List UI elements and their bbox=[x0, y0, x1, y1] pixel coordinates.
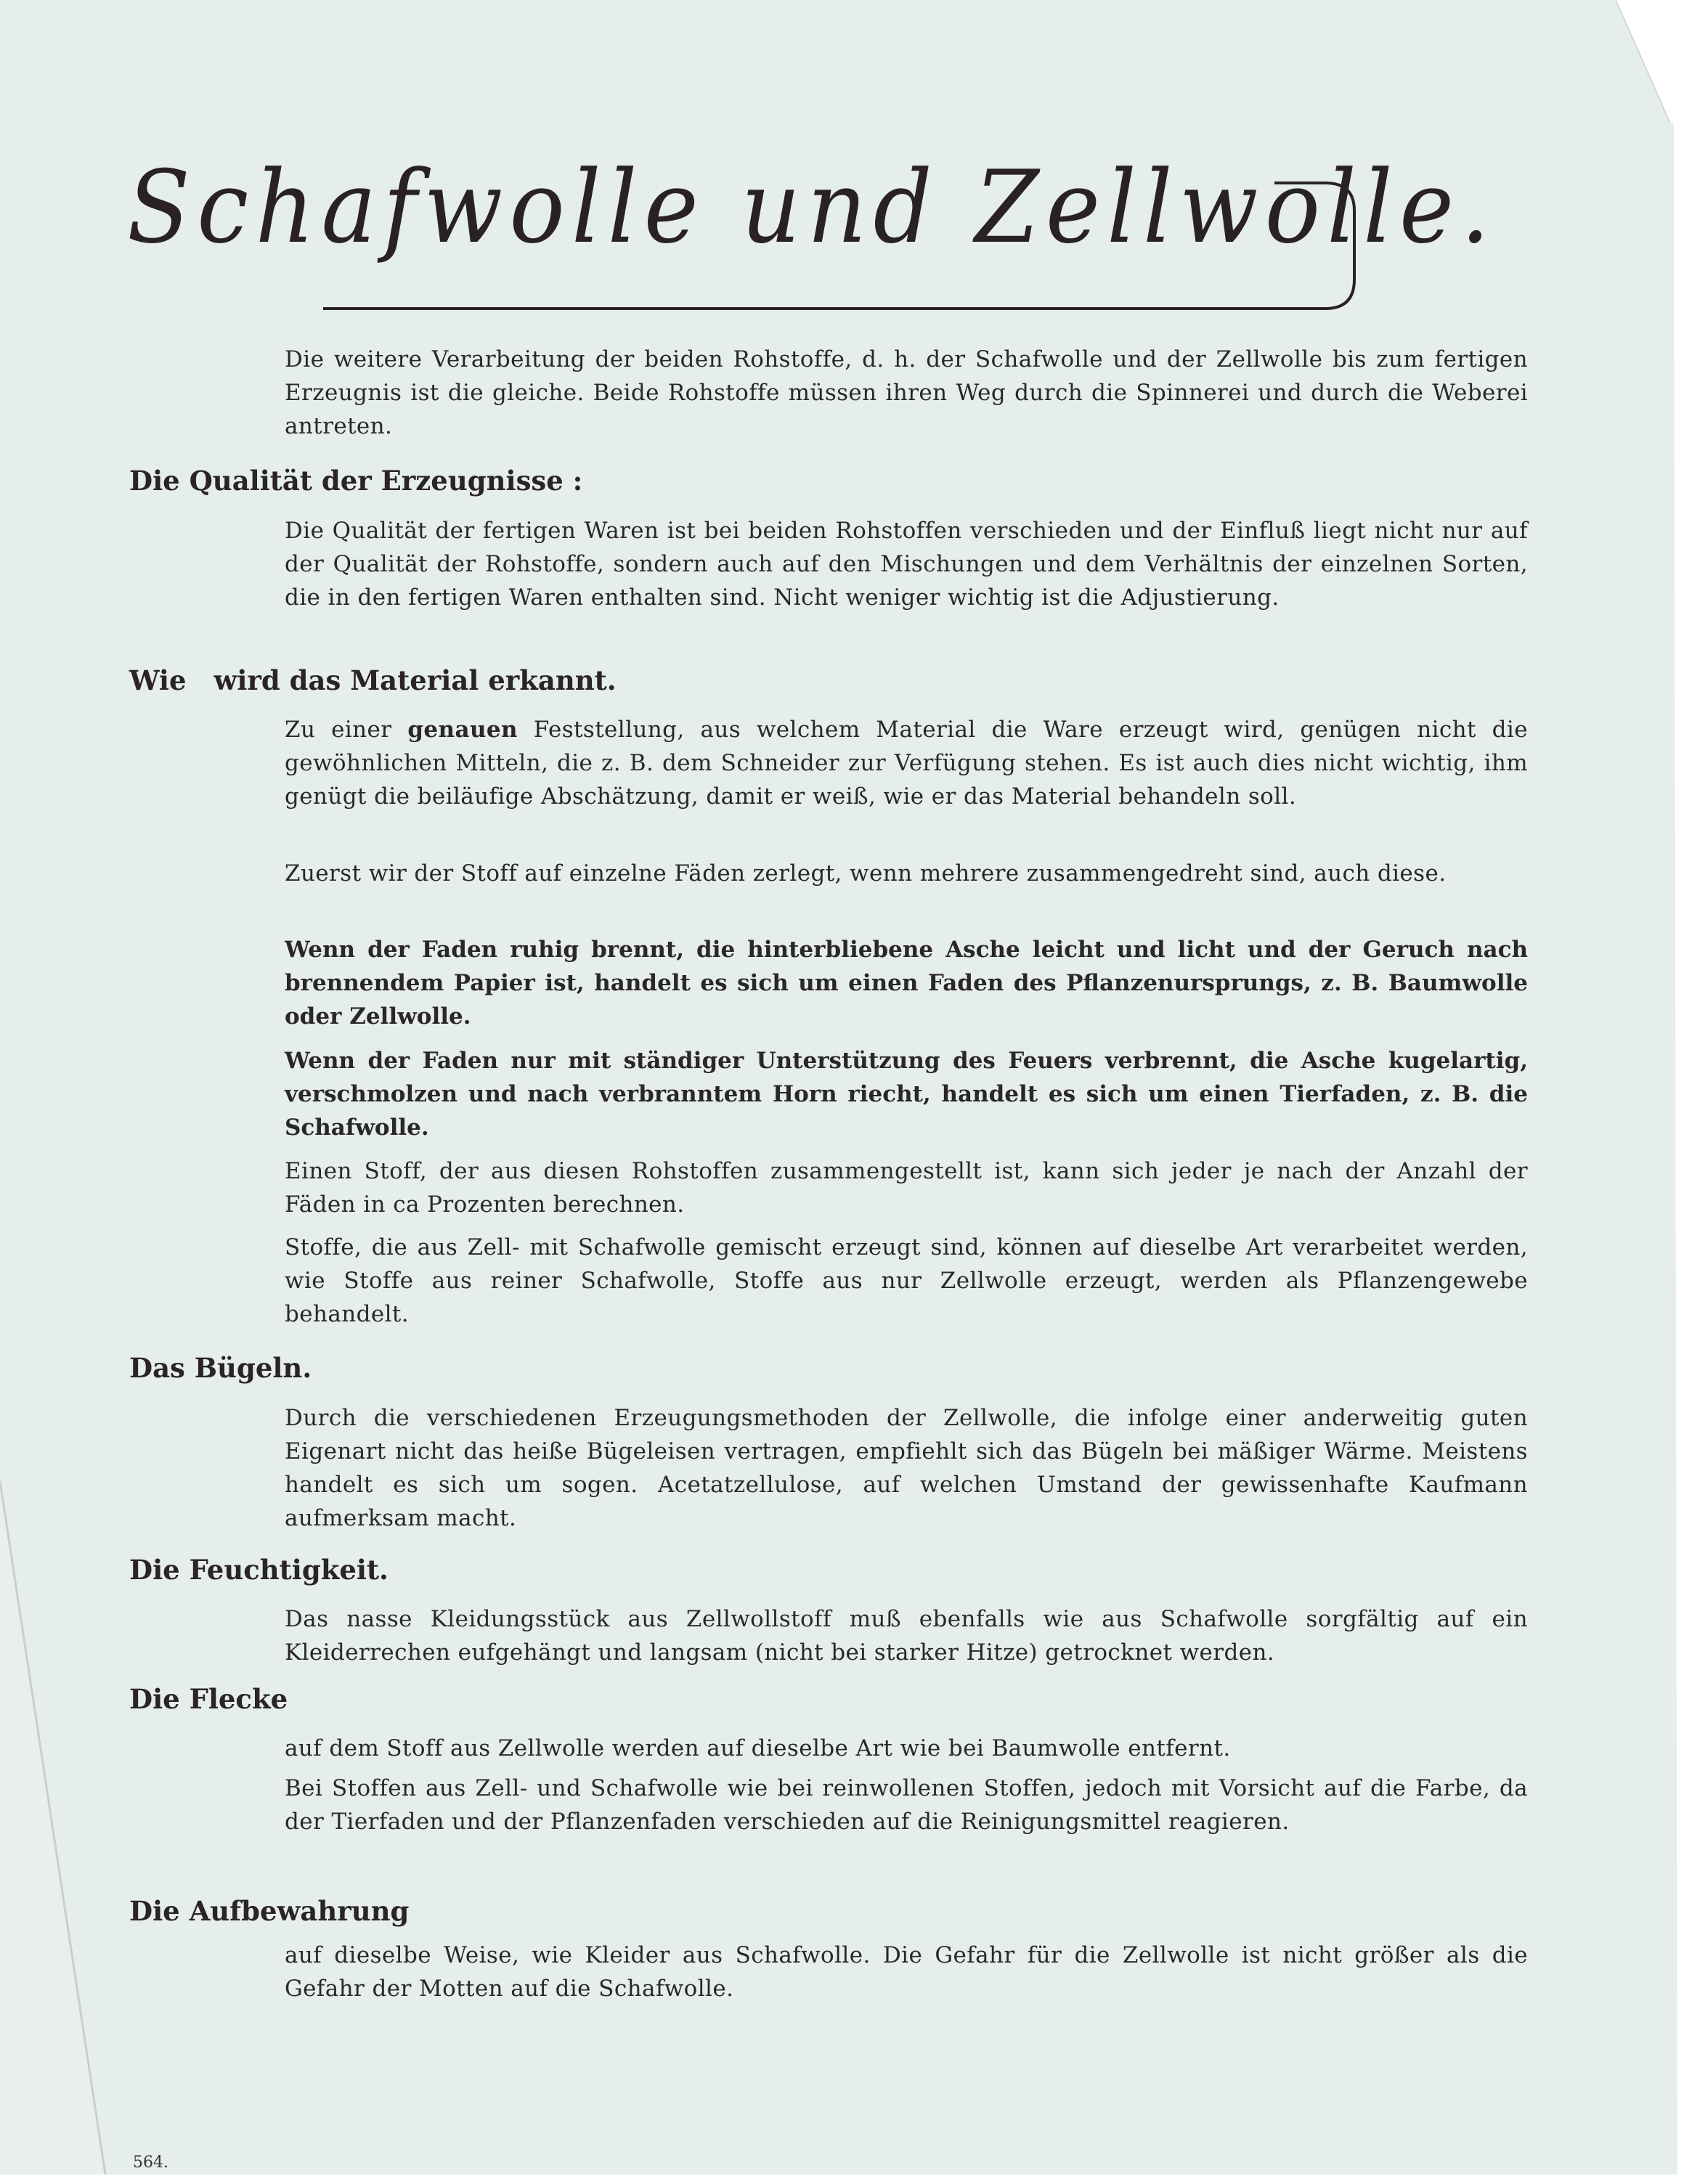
paragraph-zerlegen: Zuerst wir der Stoff auf einzelne Fäden … bbox=[285, 857, 1528, 890]
heading-feuchtigkeit: Die Feuchtigkeit. bbox=[129, 1554, 389, 1586]
paragraph-pflanzenfaden: Wenn der Faden ruhig brennt, die hinterb… bbox=[285, 933, 1528, 1033]
page-title: Schafwolle und Zellwolle. bbox=[127, 149, 1497, 266]
text-span: Zu einer bbox=[285, 717, 392, 743]
paragraph-feststellung: Zu einer genauen Feststellung, aus welch… bbox=[285, 713, 1528, 813]
emphasis-genauen: genauen bbox=[407, 717, 518, 743]
paragraph-feuchtigkeit: Das nasse Kleidungsstück aus Zellwollsto… bbox=[285, 1602, 1528, 1669]
heading-flecke: Die Flecke bbox=[129, 1683, 288, 1715]
heading-qualitaet: Die Qualität der Erzeugnisse : bbox=[129, 465, 582, 497]
title-block: Schafwolle und Zellwolle. bbox=[127, 142, 1525, 319]
heading-rest: wird das Material erkannt. bbox=[214, 664, 617, 696]
intro-paragraph: Die weitere Verarbeitung der beiden Rohs… bbox=[285, 343, 1528, 443]
paragraph-prozente: Einen Stoff, der aus diesen Rohstoffen z… bbox=[285, 1154, 1528, 1221]
paragraph-aufbewahrung: auf dieselbe Weise, wie Kleider aus Scha… bbox=[285, 1939, 1528, 2005]
paragraph-buegeln: Durch die verschiedenen Erzeugungsmethod… bbox=[285, 1401, 1528, 1535]
paragraph-mischgewebe: Stoffe, die aus Zell- mit Schafwolle gem… bbox=[285, 1231, 1528, 1331]
paragraph-flecke-1: auf dem Stoff aus Zellwolle werden auf d… bbox=[285, 1732, 1528, 1765]
heading-aufbewahrung: Die Aufbewahrung bbox=[129, 1895, 409, 1927]
heading-material-erkannt: Wiewird das Material erkannt. bbox=[129, 664, 617, 696]
paragraph-flecke-2: Bei Stoffen aus Zell- und Schafwolle wie… bbox=[285, 1772, 1528, 1838]
paragraph-qualitaet: Die Qualität der fertigen Waren ist bei … bbox=[285, 514, 1528, 614]
heading-word: Wie bbox=[129, 664, 187, 696]
page-number: 564. bbox=[133, 2154, 168, 2172]
paragraph-tierfaden: Wenn der Faden nur mit ständiger Unterst… bbox=[285, 1044, 1528, 1144]
heading-buegeln: Das Bügeln. bbox=[129, 1352, 312, 1384]
